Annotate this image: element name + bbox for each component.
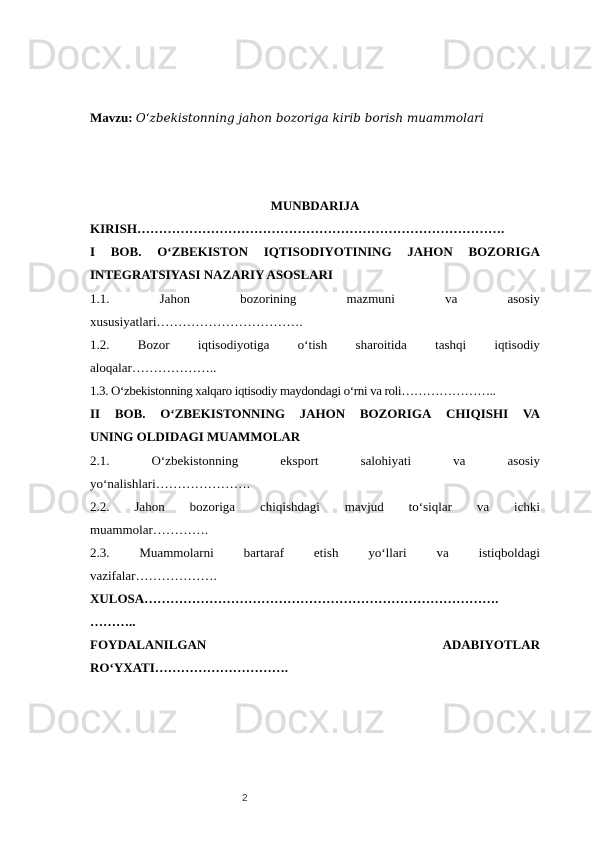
word: salohiyati	[361, 453, 412, 469]
conclusion-line-2: ………..	[90, 614, 540, 630]
section-2-2-line-1: 2.2.Jahonbozorigachiqishdagimavjudto‘siq…	[90, 499, 540, 515]
word: O‘ZBEKISTON	[157, 244, 248, 260]
word: JAHON	[300, 406, 346, 422]
section-1-2-line-2: aloqalar………………..	[90, 360, 540, 376]
word: iqtisodiy	[494, 337, 540, 353]
word: O‘zbekistonning	[152, 453, 239, 469]
word: CHIQISHI	[446, 406, 508, 422]
word: Jahon	[160, 291, 190, 307]
word: II	[90, 406, 100, 422]
word: 2.3.	[90, 545, 110, 561]
section-2-2-line-2: muammolar………….	[90, 522, 540, 538]
word: bartaraf	[244, 545, 284, 561]
word: Muammolarni	[139, 545, 213, 561]
toc-entry-intro[interactable]: KIRISH………………………………………………………………………….	[90, 221, 540, 237]
watermark-text: Docx.uz	[26, 34, 178, 77]
conclusion-line-1: XULOSA……………………………………………………………………….	[90, 591, 540, 607]
word: ichki	[514, 499, 540, 515]
word: 1.1.	[90, 291, 110, 307]
watermark-text: Docx.uz	[441, 34, 593, 77]
watermark-text: Docx.uz	[233, 698, 385, 741]
word: va	[436, 545, 448, 561]
word: istiqboldagi	[479, 545, 540, 561]
word: asosiy	[508, 453, 541, 469]
references-line-2: RO‘YXATI………………………….	[90, 660, 540, 676]
word: asosiy	[507, 291, 540, 307]
toc-heading: MUNBDARIJA	[90, 198, 540, 214]
word: to‘siqlar	[409, 499, 452, 515]
word: BOZORIGA	[468, 244, 540, 260]
word: 1.2.	[90, 337, 110, 353]
word: Jahon	[134, 499, 164, 515]
watermark-text: Docx.uz	[233, 34, 385, 77]
section-1-2-line-1: 1.2.Bozoriqtisodiyotigao‘tishsharoitidat…	[90, 337, 540, 353]
word: VA	[523, 406, 540, 422]
toc-entry-section-1-3[interactable]: 1.3. O‘zbekistonning xalqaro iqtisodiy m…	[90, 383, 540, 399]
topic-title: O‘zbekistonning jahon bozoriga kirib bor…	[136, 111, 484, 125]
word: BOZORIGA	[360, 406, 432, 422]
word: chiqishdagi	[260, 499, 320, 515]
section-1-1-line-2: xususiyatlari…………………………….	[90, 314, 540, 330]
watermark-text: Docx.uz	[441, 698, 593, 741]
word: o‘tish	[298, 337, 328, 353]
chapter-1-title-line-2: INTEGRATSIYASI NAZARIY ASOSLARI	[90, 267, 540, 283]
word: I	[90, 244, 95, 260]
references-line-1: FOYDALANILGANADABIYOTLAR	[90, 637, 540, 653]
section-2-3-line-2: vazifalar……………….	[90, 568, 540, 584]
section-2-3-line-1: 2.3.Muammolarnibartarafetishyo‘llarivais…	[90, 545, 540, 561]
word: FOYDALANILGAN	[90, 637, 206, 653]
word: va	[445, 291, 457, 307]
chapter-2-title-line-1: IIBOB.O‘ZBEKISTONNINGJAHONBOZORIGACHIQIS…	[90, 406, 540, 422]
word: JAHON	[407, 244, 453, 260]
chapter-2-title-line-2: UNING OLDIDAGI MUAMMOLAR	[90, 429, 540, 445]
word: 2.1.	[90, 453, 110, 469]
word: Bozor	[138, 337, 170, 353]
word: tashqi	[435, 337, 466, 353]
section-1-1-line-1: 1.1.Jahonbozoriningmazmunivaasosiy	[90, 291, 540, 307]
word: iqtisodiyotiga	[198, 337, 270, 353]
word: ADABIYOTLAR	[442, 637, 540, 653]
topic-label: Mavzu:	[90, 110, 133, 125]
word: mazmuni	[347, 291, 395, 307]
word: eksport	[280, 453, 318, 469]
section-2-1-line-1: 2.1.O‘zbekistonningeksportsalohiyativaas…	[90, 453, 540, 469]
chapter-1-title-line-1: IBOB.O‘ZBEKISTONIQTISODIYOTININGJAHONBOZ…	[90, 244, 540, 260]
word: sharoitida	[356, 337, 407, 353]
topic-line: Mavzu: O‘zbekistonning jahon bozoriga ki…	[90, 110, 540, 126]
word: bozorining	[240, 291, 296, 307]
word: BOB.	[111, 244, 142, 260]
word: va	[477, 499, 489, 515]
word: O‘ZBEKISTONNING	[160, 406, 285, 422]
section-2-1-line-2: yo‘nalishlari………………….	[90, 476, 540, 492]
page-number: 2	[242, 793, 248, 804]
word: BOB.	[115, 406, 146, 422]
word: va	[453, 453, 465, 469]
watermark-text: Docx.uz	[26, 698, 178, 741]
word: yo‘llari	[368, 545, 406, 561]
word: 2.2.	[90, 499, 110, 515]
word: bozoriga	[190, 499, 235, 515]
word: IQTISODIYOTINING	[264, 244, 392, 260]
word: etish	[314, 545, 339, 561]
word: mavjud	[345, 499, 384, 515]
